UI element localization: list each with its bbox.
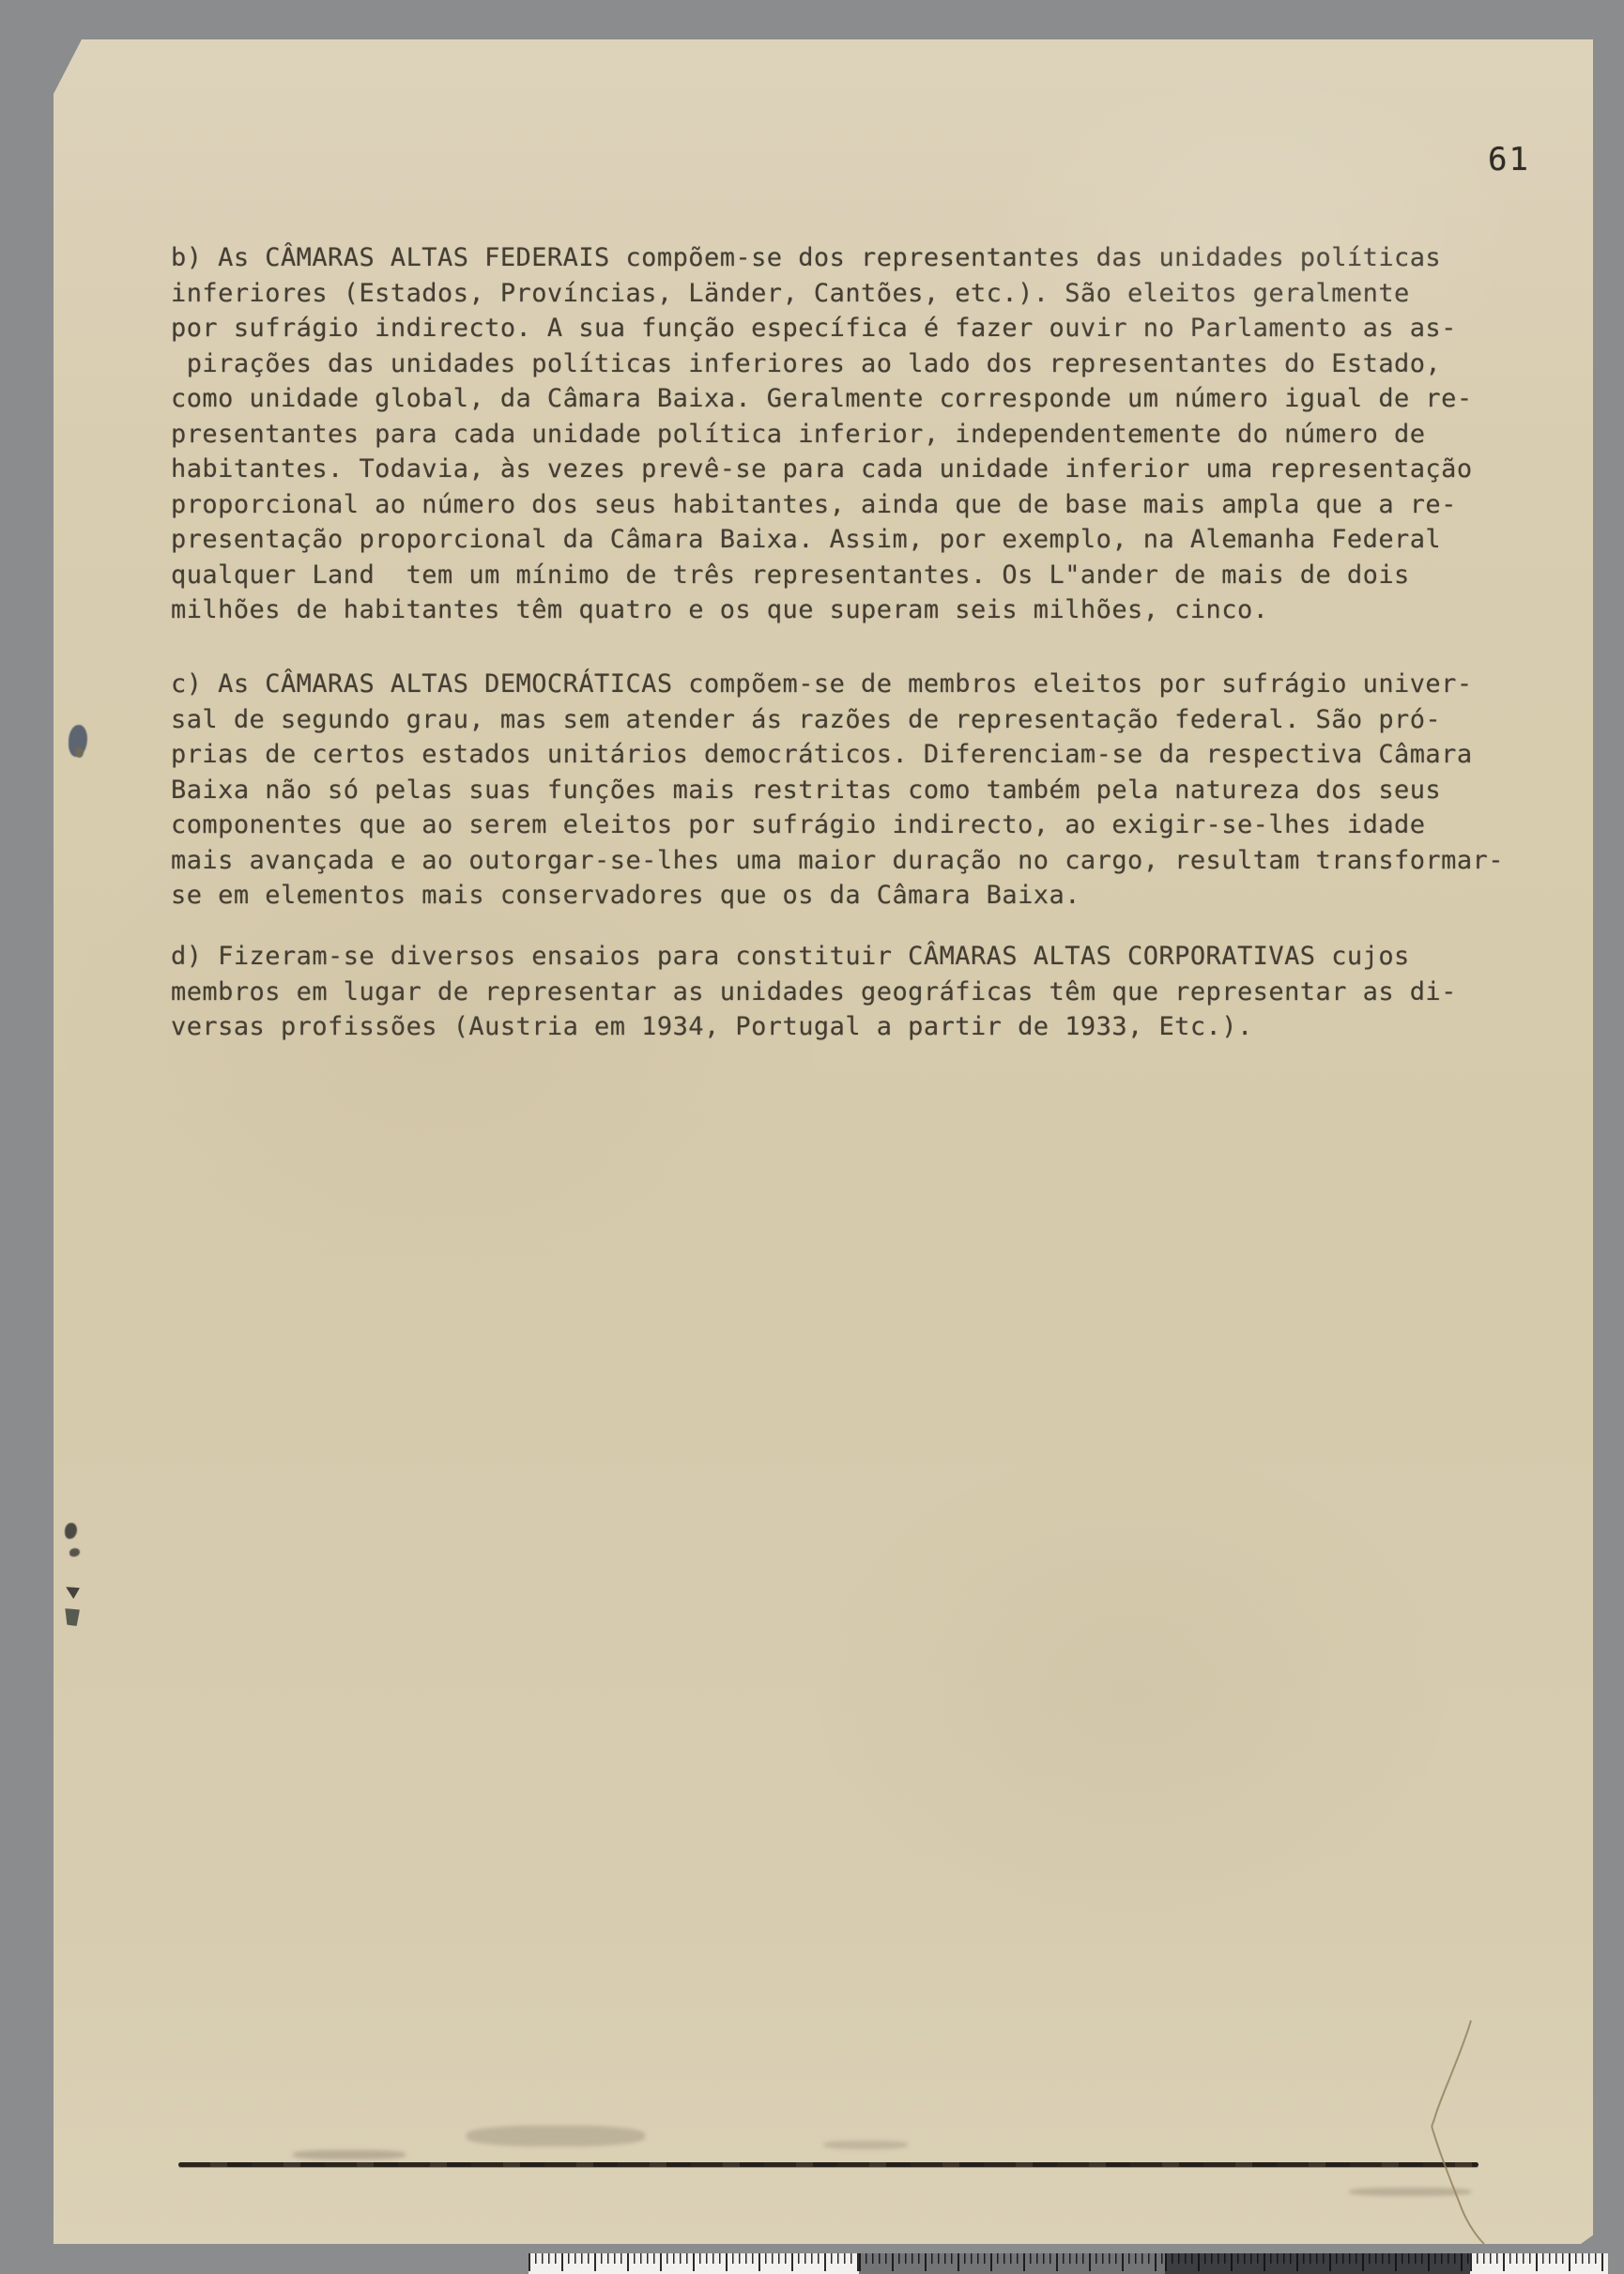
- scanner-bed-background: { "page": { "number": "61" }, "paragraph…: [0, 0, 1624, 2274]
- text-line: habitantes. Todavia, às vezes prevê-se p…: [171, 452, 1560, 487]
- paper-hairline-crack: [1405, 2011, 1593, 2244]
- text-line: milhões de habitantes têm quatro e os qu…: [171, 592, 1560, 628]
- text-line: componentes que ao serem eleitos por suf…: [171, 807, 1560, 843]
- calibration-strip: [529, 2253, 1608, 2274]
- text-line: inferiores (Estados, Províncias, Länder,…: [171, 276, 1560, 312]
- text-line: presentação proporcional da Câmara Baixa…: [171, 522, 1560, 558]
- calibration-ruler-white-right: [1470, 2253, 1608, 2274]
- paragraph-b-federal-upper-chambers: b) As CÂMARAS ALTAS FEDERAIS compõem-se …: [171, 240, 1560, 628]
- ink-speck-mark: [75, 747, 84, 758]
- text-line: se em elementos mais conservadores que o…: [171, 878, 1560, 914]
- calibration-dark-patch: [1165, 2253, 1470, 2274]
- text-line: por sufrágio indirecto. A sua função esp…: [171, 311, 1560, 346]
- text-line: pirações das unidades políticas inferior…: [171, 346, 1560, 382]
- text-line: como unidade global, da Câmara Baixa. Ge…: [171, 381, 1560, 417]
- paragraph-c-democratic-upper-chambers: c) As CÂMARAS ALTAS DEMOCRÁTICAS compõem…: [171, 667, 1560, 914]
- scanned-page: 61 b) As CÂMARAS ALTAS FEDERAIS compõem-…: [54, 39, 1593, 2244]
- pencil-smudge: [823, 2141, 908, 2149]
- text-line: proporcional ao número dos seus habitant…: [171, 487, 1560, 523]
- text-line: Baixa não só pelas suas funções mais res…: [171, 773, 1560, 808]
- paragraph-d-corporative-upper-chambers: d) Fizeram-se diversos ensaios para cons…: [171, 939, 1560, 1045]
- text-line: c) As CÂMARAS ALTAS DEMOCRÁTICAS compõem…: [171, 667, 1560, 702]
- footer-horizontal-rule: [178, 2162, 1478, 2167]
- text-line: mais avançada e ao outorgar-se-lhes uma …: [171, 843, 1560, 879]
- text-line: b) As CÂMARAS ALTAS FEDERAIS compõem-se …: [171, 240, 1560, 276]
- calibration-gray-patch: [859, 2253, 1165, 2274]
- text-line: membros em lugar de representar as unida…: [171, 975, 1560, 1010]
- pencil-smudge: [467, 2126, 645, 2146]
- text-line: d) Fizeram-se diversos ensaios para cons…: [171, 939, 1560, 975]
- text-line: prias de certos estados unitários democr…: [171, 737, 1560, 773]
- text-line: presentantes para cada unidade política …: [171, 417, 1560, 453]
- calibration-ruler-white-left: [529, 2253, 859, 2274]
- pencil-smudge: [293, 2150, 406, 2159]
- text-line: versas profissões (Austria em 1934, Port…: [171, 1009, 1560, 1045]
- typewritten-text-block: b) As CÂMARAS ALTAS FEDERAIS compõem-se …: [54, 39, 1593, 2244]
- text-line: sal de segundo grau, mas sem atender ás …: [171, 702, 1560, 738]
- text-line: qualquer Land tem um mínimo de três repr…: [171, 558, 1560, 593]
